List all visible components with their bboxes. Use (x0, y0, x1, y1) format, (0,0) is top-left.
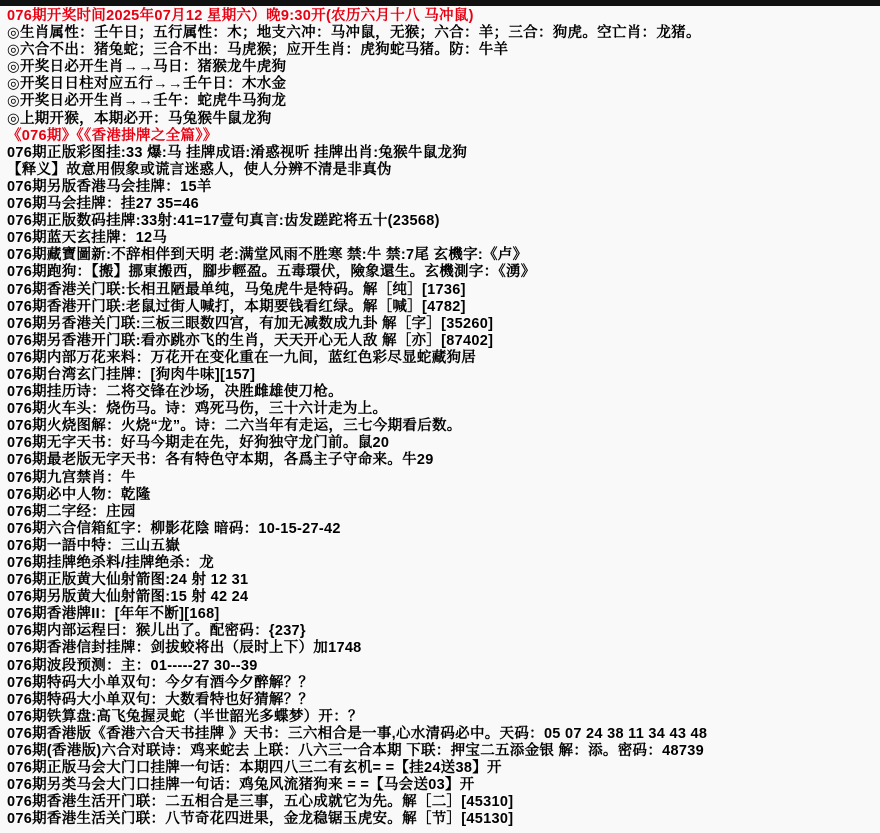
text-line: 076期内部运程曰：猴儿出了。配密码：{237} (7, 623, 880, 640)
text-line: 076期无字天书：好马今期走在先，好狗独守龙门前。鼠20 (7, 435, 880, 452)
text-line: 076期内部万花来料：万花开在变化重在一九间，蓝红色彩尽显蛇藏狗居 (7, 350, 880, 367)
text-line: 076期香港生活开门联：二五相合是三事，五心成就它为先。解［二］[45310] (7, 794, 880, 811)
text-line: 076期铁算盘:高飞兔握灵蛇（半世韶光多蝶梦）开：？ (7, 709, 880, 726)
lottery-info-text-block: 076期开奖时间2025年07月12 星期六）晚9:30开(农历六月十八 马冲鼠… (0, 6, 880, 829)
text-line: 076期香港关门联:长相丑陋最单纯，马兔虎牛是特码。解［纯］[1736] (7, 282, 880, 299)
text-line: 076期特码大小单双句：大数看特也好猜解？？ (7, 692, 880, 709)
text-line: 076期另香港关门联:三板三眼数四宫，有加无减数成九卦 解［字］[35260] (7, 316, 880, 333)
text-line: 076期二字经：庄园 (7, 504, 880, 521)
text-line: 076期波段预测：主：01-----27 30--39 (7, 658, 880, 675)
text-line: 076期香港牌II：[年年不断][168] (7, 606, 880, 623)
text-line: 076期香港版《香港六合天书挂牌 》天书：三六相合是一事,心水清码必中。天码：0… (7, 726, 880, 743)
text-line: 076期(香港版)六合对联诗：鸡来蛇去 上联：八六三一合本期 下联：押宝二五添金… (7, 743, 880, 760)
text-line: 076期最老版无字天书：各有特色守本期，各爲主子守命来。牛29 (7, 452, 880, 469)
text-line: 076期特码大小单双句：今夕有酒今夕醉解？？ (7, 675, 880, 692)
text-line: 076期台湾玄门挂牌：[狗肉牛味][157] (7, 367, 880, 384)
text-line: 076期香港开门联:老鼠过街人喊打，本期要钱看红绿。解［喊］[4782] (7, 299, 880, 316)
text-line: 076期挂牌绝杀料/挂牌绝杀：龙 (7, 555, 880, 572)
text-line: 076期火烧图解：火烧“龙”。诗：二六当年有走运，三七今期看后数。 (7, 418, 880, 435)
text-line: 076期正版马会大门口挂牌一句话：本期四八三二有玄机= =【挂24送38】开 (7, 760, 880, 777)
text-line: 076期挂历诗：二将交锋在沙场，决胜雌雄使刀枪。 (7, 384, 880, 401)
text-line: ◎开奖日必开生肖→→马日：猪猴龙牛虎狗 (7, 59, 880, 76)
headline-text-line: 《076期》《《香港掛牌之全篇》》 (7, 128, 880, 145)
text-line: 076期另版黄大仙射箭图:15 射 42 24 (7, 589, 880, 606)
text-line: 076期马会挂牌：挂27 35=46 (7, 196, 880, 213)
text-line: 076期必中人物：乾隆 (7, 487, 880, 504)
text-line: 076期一語中特：三山五嶽 (7, 538, 880, 555)
text-line: 076期另版香港马会挂牌：15羊 (7, 179, 880, 196)
text-line: 076期跑狗：【搬】挪東搬西，腳步輕盈。五毒環伏，險象還生。玄機測字：《湧》 (7, 264, 880, 281)
text-line: 076期正版彩图挂:33 爆:马 挂牌成语:淆惑视听 挂牌出肖:兔猴牛鼠龙狗 (7, 145, 880, 162)
headline-text-line: 076期开奖时间2025年07月12 星期六）晚9:30开(农历六月十八 马冲鼠… (7, 8, 880, 25)
text-line: ◎上期开猴，本期必开：马兔猴牛鼠龙狗 (7, 111, 880, 128)
text-line: 076期香港信封挂牌：剑拔蛟将出（辰时上下）加1748 (7, 640, 880, 657)
text-line: ◎六合不出：猪兔蛇；三合不出：马虎猴；应开生肖：虎狗蛇马猪。防：牛羊 (7, 42, 880, 59)
text-line: ◎生肖属性：壬午日；五行属性：木；地支六冲：马冲鼠，无猴；六合：羊；三合：狗虎。… (7, 25, 880, 42)
text-line: 【释义】故意用假象或谎言迷惑人，使人分辨不清是非真伪 (7, 162, 880, 179)
text-line: 076期正版黄大仙射箭图:24 射 12 31 (7, 572, 880, 589)
text-line: 076期藏寶圖新:不辞相伴到天明 老:满堂风雨不胜寒 禁:牛 禁:7尾 玄機字:… (7, 247, 880, 264)
text-line: 076期另类马会大门口挂牌一句话：鸡兔风流猪狗来 = =【马会送03】开 (7, 777, 880, 794)
text-line: ◎开奖日必开生肖→→壬午：蛇虎牛马狗龙 (7, 93, 880, 110)
text-line: 076期另香港开门联:看亦跳亦飞的生肖，天天开心无人敌 解［亦］[87402] (7, 333, 880, 350)
text-line: 076期九宫禁肖：牛 (7, 470, 880, 487)
text-line: 076期香港生活关门联：八节奇花四进果，金龙稳锯玉虎安。解［节］[45130] (7, 811, 880, 828)
text-line: 076期火车头：烧伤马。诗：鸡死马伤，三十六计走为上。 (7, 401, 880, 418)
text-line: 076期六合信箱紅字：柳影花陰 暗码：10-15-27-42 (7, 521, 880, 538)
text-line: 076期蓝天玄挂牌：12马 (7, 230, 880, 247)
text-line: ◎开奖日日柱对应五行→→壬午日：木水金 (7, 76, 880, 93)
text-line: 076期正版数码挂牌:33射:41=17壹句真言:齿发蹉跎将五十(23568) (7, 213, 880, 230)
